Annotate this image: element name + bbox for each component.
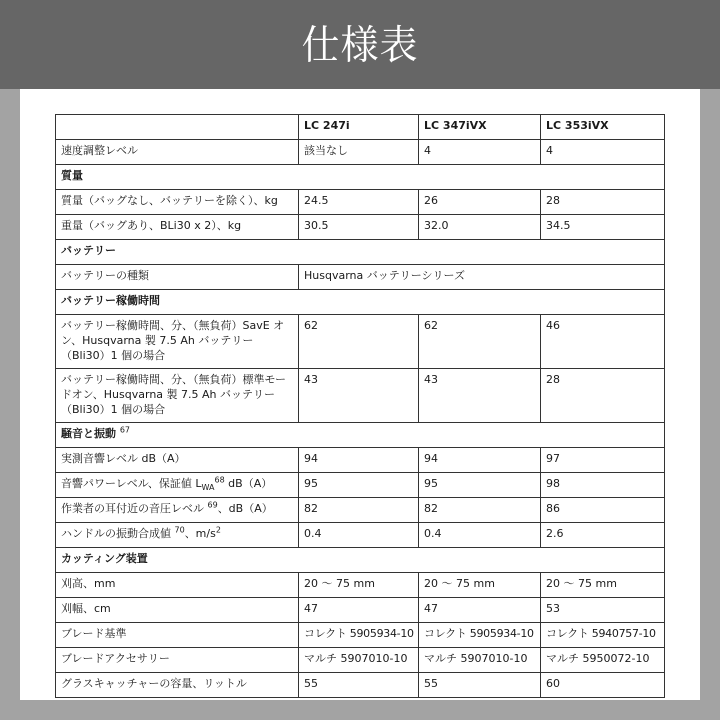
- cell-value: 32.0: [419, 215, 541, 240]
- table-row: ブレードアクセサリー マルチ 5907010-10 マルチ 5907010-10…: [56, 648, 665, 673]
- cell-value: 0.4: [299, 523, 419, 548]
- cell-value: 82: [419, 498, 541, 523]
- row-label: 作業者の耳付近の音圧レベル 69、dB（A）: [56, 498, 299, 523]
- row-label-text: 音響パワーレベル、保証値 L: [61, 477, 202, 490]
- table-row: 音響パワーレベル、保証値 LWA68 dB（A） 95 95 98: [56, 473, 665, 498]
- cell-value-span: Husqvarna バッテリーシリーズ: [299, 265, 665, 290]
- cell-value: 20 ～ 75 mm: [541, 573, 665, 598]
- table-row: バッテリー稼働時間、分、（無負荷）標準モードオン、Husqvarna 製 7.5…: [56, 369, 665, 423]
- row-label: バッテリー稼働時間、分、（無負荷）SavE オン、Husqvarna 製 7.5…: [56, 315, 299, 369]
- row-label: 質量（バッグなし、バッテリーを除く）、kg: [56, 190, 299, 215]
- row-label: 音響パワーレベル、保証値 LWA68 dB（A）: [56, 473, 299, 498]
- row-label: 刈高、mm: [56, 573, 299, 598]
- table-row: バッテリー稼働時間、分、（無負荷）SavE オン、Husqvarna 製 7.5…: [56, 315, 665, 369]
- cell-value: 28: [541, 369, 665, 423]
- row-label: バッテリー稼働時間、分、（無負荷）標準モードオン、Husqvarna 製 7.5…: [56, 369, 299, 423]
- row-label-tail: 、m/s: [185, 527, 216, 540]
- cell-value: コレクト 5905934-10: [299, 623, 419, 648]
- cell-value: マルチ 5907010-10: [419, 648, 541, 673]
- cell-value: 4: [419, 140, 541, 165]
- header-cell-model: LC 347iVX: [419, 115, 541, 140]
- row-label-text: ハンドルの振動合成値: [61, 527, 175, 540]
- cell-value: 0.4: [419, 523, 541, 548]
- table-row: グラスキャッチャーの容量、リットル 55 55 60: [56, 673, 665, 698]
- table-row: 重量（バッグあり、BLi30 x 2）、kg 30.5 32.0 34.5: [56, 215, 665, 240]
- table-row: 実測音響レベル dB（A） 94 94 97: [56, 448, 665, 473]
- cell-value: 26: [419, 190, 541, 215]
- cell-value: 34.5: [541, 215, 665, 240]
- section-heading: 質量: [56, 165, 665, 190]
- table-row: 速度調整レベル 該当なし 4 4: [56, 140, 665, 165]
- cell-value: 98: [541, 473, 665, 498]
- section-row: バッテリー: [56, 240, 665, 265]
- cell-value: 20 ～ 75 mm: [419, 573, 541, 598]
- cell-value: 47: [419, 598, 541, 623]
- cell-value: 94: [419, 448, 541, 473]
- table-row: 作業者の耳付近の音圧レベル 69、dB（A） 82 82 86: [56, 498, 665, 523]
- row-label: 重量（バッグあり、BLi30 x 2）、kg: [56, 215, 299, 240]
- title-bar: 仕様表: [0, 0, 720, 89]
- footnote-ref: 68: [214, 475, 224, 484]
- subscript: WA: [202, 483, 215, 492]
- cell-value: 95: [419, 473, 541, 498]
- table-row: 質量（バッグなし、バッテリーを除く）、kg 24.5 26 28: [56, 190, 665, 215]
- cell-value: 2.6: [541, 523, 665, 548]
- cell-value: 55: [299, 673, 419, 698]
- cell-value: 82: [299, 498, 419, 523]
- cell-value: 86: [541, 498, 665, 523]
- section-heading: カッティング装置: [56, 548, 665, 573]
- row-label: ブレード基準: [56, 623, 299, 648]
- footnote-ref: 70: [175, 525, 185, 534]
- section-heading: バッテリー稼働時間: [56, 290, 665, 315]
- row-label: 刈幅、cm: [56, 598, 299, 623]
- cell-value: 43: [299, 369, 419, 423]
- row-label-text: 作業者の耳付近の音圧レベル: [61, 502, 208, 515]
- row-label-tail: dB（A）: [225, 477, 273, 490]
- cell-value: 55: [419, 673, 541, 698]
- cell-value: 30.5: [299, 215, 419, 240]
- row-label: バッテリーの種類: [56, 265, 299, 290]
- section-row: バッテリー稼働時間: [56, 290, 665, 315]
- cell-value: 43: [419, 369, 541, 423]
- section-heading: 騒音と振動 67: [56, 423, 665, 448]
- cell-value: 4: [541, 140, 665, 165]
- cell-value: 28: [541, 190, 665, 215]
- table-row: 刈幅、cm 47 47 53: [56, 598, 665, 623]
- footnote-ref: 67: [120, 425, 130, 434]
- exponent: 2: [216, 525, 221, 534]
- row-label: グラスキャッチャーの容量、リットル: [56, 673, 299, 698]
- cell-value: コレクト 5940757-10: [541, 623, 665, 648]
- section-row: 騒音と振動 67: [56, 423, 665, 448]
- cell-value: 46: [541, 315, 665, 369]
- table-header-row: LC 247i LC 347iVX LC 353iVX: [56, 115, 665, 140]
- cell-value: 95: [299, 473, 419, 498]
- cell-value: 53: [541, 598, 665, 623]
- row-label: 実測音響レベル dB（A）: [56, 448, 299, 473]
- section-heading: バッテリー: [56, 240, 665, 265]
- section-heading-text: 騒音と振動: [61, 427, 116, 440]
- cell-value: 該当なし: [299, 140, 419, 165]
- row-label: ハンドルの振動合成値 70、m/s2: [56, 523, 299, 548]
- table-row: ハンドルの振動合成値 70、m/s2 0.4 0.4 2.6: [56, 523, 665, 548]
- section-row: カッティング装置: [56, 548, 665, 573]
- cell-value: 62: [299, 315, 419, 369]
- table-row: ブレード基準 コレクト 5905934-10 コレクト 5905934-10 コ…: [56, 623, 665, 648]
- cell-value: 60: [541, 673, 665, 698]
- spec-table: LC 247i LC 347iVX LC 353iVX 速度調整レベル 該当なし…: [55, 114, 665, 698]
- cell-value: マルチ 5907010-10: [299, 648, 419, 673]
- section-row: 質量: [56, 165, 665, 190]
- cell-value: 20 ～ 75 mm: [299, 573, 419, 598]
- cell-value: 47: [299, 598, 419, 623]
- cell-value: マルチ 5950072-10: [541, 648, 665, 673]
- row-label: ブレードアクセサリー: [56, 648, 299, 673]
- header-cell-model: LC 353iVX: [541, 115, 665, 140]
- page-title: 仕様表: [301, 25, 418, 65]
- cell-value: 94: [299, 448, 419, 473]
- footnote-ref: 69: [208, 500, 218, 509]
- cell-value: 62: [419, 315, 541, 369]
- row-label: 速度調整レベル: [56, 140, 299, 165]
- cell-value: 97: [541, 448, 665, 473]
- spec-document-panel: LC 247i LC 347iVX LC 353iVX 速度調整レベル 該当なし…: [20, 89, 700, 700]
- table-row: 刈高、mm 20 ～ 75 mm 20 ～ 75 mm 20 ～ 75 mm: [56, 573, 665, 598]
- header-cell-model: LC 247i: [299, 115, 419, 140]
- cell-value: コレクト 5905934-10: [419, 623, 541, 648]
- row-label-tail: 、dB（A）: [218, 502, 273, 515]
- table-row: バッテリーの種類 Husqvarna バッテリーシリーズ: [56, 265, 665, 290]
- header-cell-empty: [56, 115, 299, 140]
- cell-value: 24.5: [299, 190, 419, 215]
